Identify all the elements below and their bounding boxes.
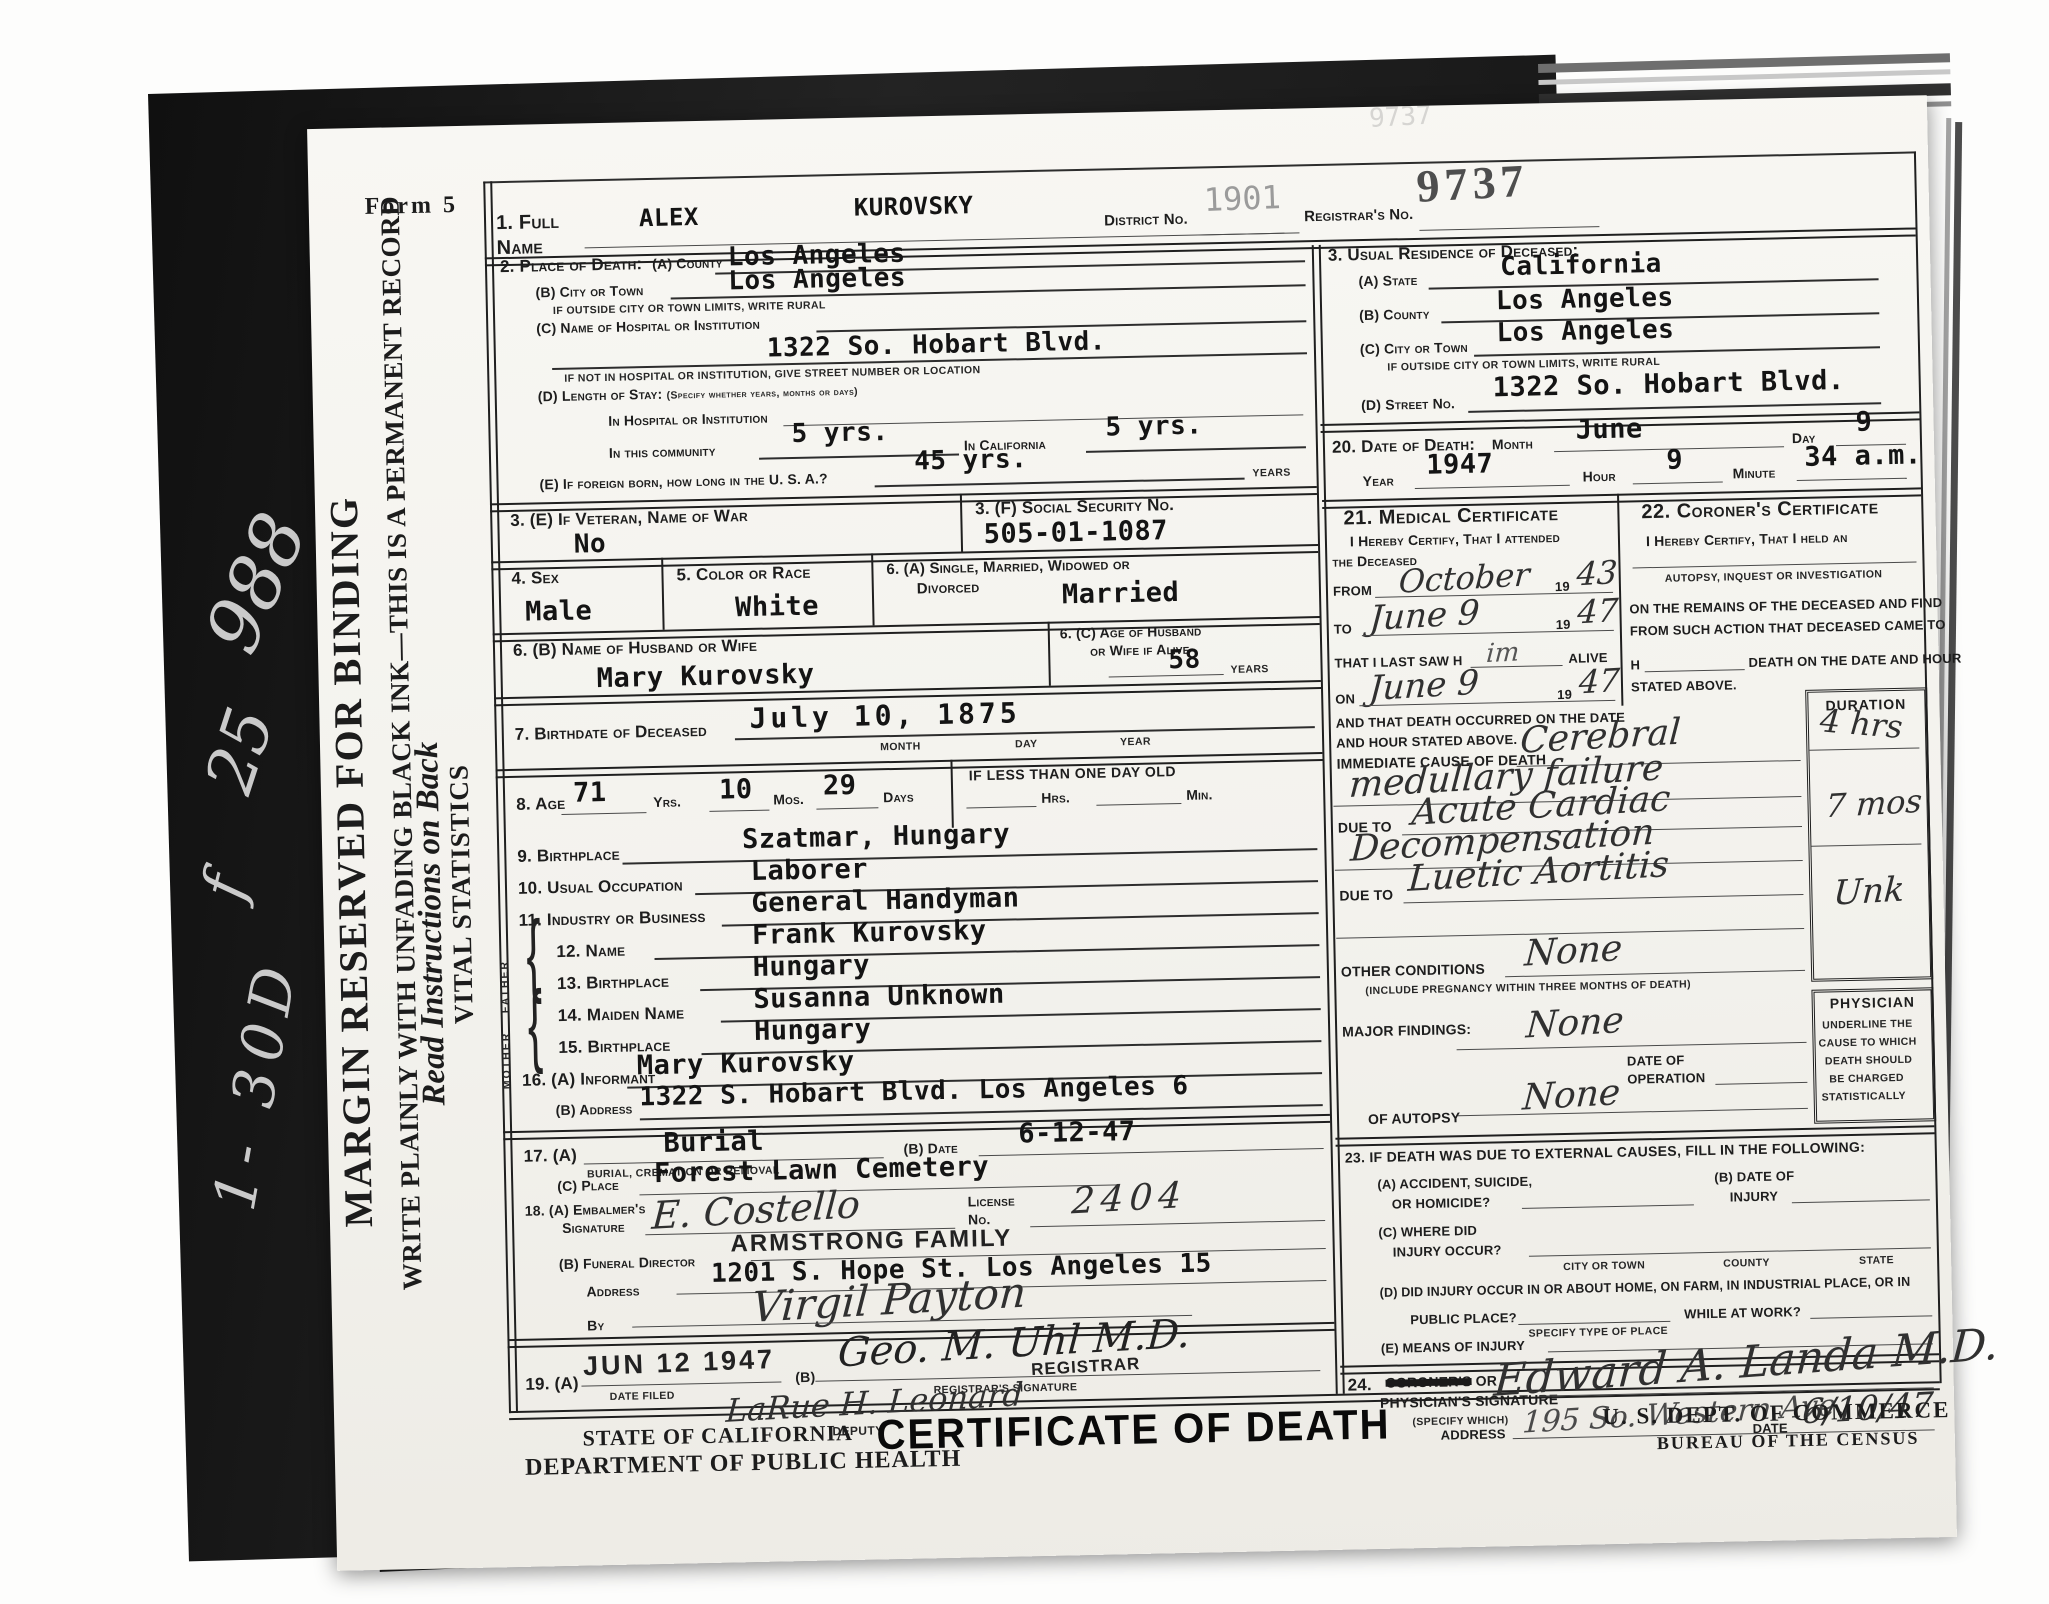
med-to-19: 19 [1556,617,1571,632]
veteran-label: 3. (E) If Veteran, Name of War [510,506,748,531]
mother-birthplace-value: Hungary [754,1014,872,1047]
residence-county-label: (B) County [1359,306,1430,323]
ext-county-caption: COUNTY [1723,1257,1770,1270]
spouse-label: 6. (B) Name of Husband or Wife [513,636,757,661]
coroner-h-word: H [1630,657,1640,672]
of-autopsy-label: OF AUTOPSY [1368,1109,1461,1127]
district-no-label: District No. [1104,211,1188,230]
full-name-label: 1. Full Name [496,209,607,261]
full-name-last-value: KUROVSKY [854,191,974,221]
ext-d-specify-caption: SPECIFY TYPE OF PLACE [1528,1325,1668,1340]
spouse-age-value: 58 [1168,645,1201,676]
informant-address-label: (B) Address [556,1101,633,1119]
certificate-page: Form 5 MARGIN RESERVED FOR BINDING WRITE… [307,95,1957,1571]
marital-label-line2: Divorced [917,579,980,597]
operations-value: None [1525,1000,1625,1047]
funeral-address-label: Address [586,1282,640,1299]
med-from-19: 19 [1555,579,1570,594]
med-tail-line2: AND HOUR STATED ABOVE. [1336,732,1517,751]
age-years-value: 71 [573,777,607,809]
sex-race-divider [661,558,665,630]
filed-b-label: (B) [795,1369,815,1385]
registrar-no-value: 9737 [1415,154,1530,213]
residence-street-line [1468,402,1881,413]
med-from-label: FROM [1333,583,1372,599]
dod-day-value: 9 [1855,406,1872,437]
ext-d-public-place: PUBLIC PLACE? [1410,1310,1517,1327]
med-on-19: 19 [1557,687,1572,702]
embalmer-label1: 18. (A) Embalmer's [525,1200,646,1219]
ext-d-while-at-work: WHILE AT WORK? [1684,1304,1801,1321]
filed-line [581,1381,781,1386]
place-of-death-label: 2. Place of Death: (A) County [500,252,723,277]
pod-city-label: (B) City or Town [535,282,643,300]
dod-minute-line [1797,478,1907,481]
pod-rural-note: IF OUTSIDE CITY OR TOWN LIMITS, WRITE RU… [553,299,826,317]
physician-box-line4: BE CHARGED [1829,1072,1904,1086]
ext-a-line [1522,1204,1694,1209]
date-of-operation-line [1715,1082,1807,1085]
med-to-label: TO [1334,621,1353,636]
race-value: White [735,591,819,624]
age-days-word: Days [883,789,914,806]
pod-hospital-label: (C) Name of Hospital or Institution [536,316,760,337]
stay-california-value: 5 yrs. [1105,410,1203,442]
father-birthplace-label: 13. Birthplace [557,972,670,994]
spouse-age-years-word: YEARS [1230,663,1268,676]
registrar-no-underline [1419,226,1599,231]
age-mos-word: Mos. [773,791,804,808]
coroner-h-line [1645,669,1745,672]
operations-line [1457,1042,1807,1050]
ghost-registrar-number: 9737 [1368,100,1432,133]
infant-note: IF LESS THAN ONE DAY OLD [969,763,1177,783]
margin-vital-statistics-text: VITAL STATISTICS [443,764,479,1024]
mother-brace: { [527,973,544,1078]
ext-b-label2: INJURY [1730,1189,1779,1205]
ext-d-label: (D) DID INJURY OCCUR IN OR ABOUT HOME, O… [1380,1274,1911,1300]
duration-value-1: 4 hrs [1818,701,1904,746]
district-no-underline [1199,232,1299,235]
med-lastsaw-value: im [1485,637,1520,669]
margin-binding-text: MARGIN RESERVED FOR BINDING [320,495,382,1227]
filed-label: 19. (A) [525,1374,579,1395]
dod-month-value: June [1575,413,1643,445]
license-label1: License [968,1193,1016,1210]
ext-city-caption: CITY OR TOWN [1563,1259,1645,1273]
industry-label: 11. Industry or Business [518,907,705,931]
residence-city-value: Los Angeles [1496,315,1674,349]
disposition-date-line [979,1148,1324,1156]
other-conditions-label: OTHER CONDITIONS [1341,961,1485,980]
pod-stay-label: (D) Length of Stay: (Specify whether yea… [538,382,859,405]
ext-a-label2: OR HOMICIDE? [1392,1195,1491,1212]
physician-box-title: PHYSICIAN [1830,994,1916,1012]
disposition-date-value: 6-12-47 [1018,1116,1136,1149]
father-name-label: 12. Name [556,941,625,962]
residence-state-value: California [1500,249,1662,282]
embalmer-label2: Signature [562,1219,625,1236]
father-birthplace-value: Hungary [752,950,870,983]
dod-hour-value: 9 [1666,444,1683,475]
spouse-age-label1: 6. (C) Age of Husband [1060,623,1202,642]
dod-year-value: 1947 [1426,448,1494,480]
med-on-year: 47 [1578,661,1621,701]
sig24-address-label: ADDRESS [1441,1426,1506,1442]
major-findings-label1: MAJOR FINDINGS: [1342,1021,1471,1040]
disposition-value: Burial [663,1126,764,1159]
birthplace-label: 9. Birthplace [517,845,620,867]
foreign-born-label: (E) If foreign born, how long in the U. … [539,470,828,492]
coroner-remains-line2: FROM SUCH ACTION THAT DECEASED CAME TO [1630,617,1946,639]
disposition-place-label: (C) Place [557,1177,619,1194]
age-yrs-word: Yrs. [653,793,681,810]
pod-city-value: Los Angeles [728,263,906,297]
license-number: 2404 [1070,1175,1188,1223]
medical-certificate-title: 21. Medical Certificate [1343,503,1558,530]
stay-community-label: In this community [609,443,716,461]
sig24-coroner-or: CORONER'S OR [1385,1372,1497,1390]
ext-e-label: (E) MEANS OF INJURY [1381,1338,1525,1356]
scanned-photo: { "m":{"form":"Form 5","binding":"MARGIN… [0,0,2049,1604]
spouse-age-divider [1048,622,1051,686]
ext-a-label1: (A) ACCIDENT, SUICIDE, [1377,1174,1532,1192]
birthdate-value: July 10, 1875 [749,696,1021,735]
mother-side-label: MOTHER [500,1032,513,1090]
residence-city-line [1474,346,1880,357]
age-months-value: 10 [719,774,753,806]
stay-community-value: 5 yrs. [791,417,889,449]
race-label: 5. Color or Race [676,563,810,586]
foreign-years-word: YEARS [1252,467,1290,480]
by-label: By [587,1317,605,1333]
stay-california-line [1086,446,1306,453]
other-conditions-caption: (INCLUDE PREGNANCY WITHIN THREE MONTHS O… [1365,978,1691,997]
full-name-first-value: ALEX [639,203,699,232]
ext-c-label1: (C) WHERE DID [1378,1223,1477,1240]
sig24-number: 24. [1347,1375,1372,1396]
birthplace-line [623,848,1318,865]
rule-below-birthdate [496,752,1323,778]
certificate-of-death-title: CERTIFICATE OF DEATH [876,1402,1391,1460]
ext-b-label1: (B) DATE OF [1714,1168,1794,1185]
stay-hospital-label: In Hospital or Institution [608,410,768,429]
occupation-value: Laborer [750,854,868,887]
foreign-born-value: 45 yrs. [914,444,1028,476]
med-to-year: 47 [1576,591,1619,631]
age-days-value: 29 [823,770,857,802]
physician-box-line1: UNDERLINE THE [1822,1018,1913,1032]
age-years-line [561,812,646,815]
date-filed-caption: DATE FILED [610,1390,675,1403]
residence-county-value: Los Angeles [1496,283,1674,317]
informant-value: Mary Kurovsky [636,1046,854,1082]
physician-box-line5: STATISTICALLY [1822,1090,1907,1104]
age-days-line [816,807,878,809]
form-top-border [483,151,1916,183]
coroner-death-line: DEATH ON THE DATE AND HOUR [1748,651,1961,670]
father-name-value: Frank Kurovsky [752,915,987,951]
birthplace-value: Szatmar, Hungary [742,819,1011,856]
coroner-certificate-title: 22. Coroner's Certificate [1641,496,1879,524]
coroner-stated-above: STATED ABOVE. [1631,677,1737,694]
spouse-value: Mary Kurovsky [596,659,814,695]
industry-value: General Handyman [751,882,1020,919]
ssn-value: 505-01-1087 [983,515,1168,550]
birthdate-label: 7. Birthdate of Deceased [515,721,708,745]
mother-maiden-label: 14. Maiden Name [557,1003,684,1026]
residence-street-value: 1322 So. Hobart Blvd. [1492,365,1844,403]
due-to-2-label: DUE TO [1339,887,1393,904]
autopsy-line [1458,1108,1808,1116]
duration-value-2: 7 mos [1824,782,1923,826]
race-marital-divider [871,553,875,625]
disposition-label: 17. (A) [523,1146,577,1167]
residence-street-label: (D) Street No. [1361,395,1455,413]
infant-min-word: Min. [1186,786,1213,803]
state-of-california: STATE OF CALIFORNIA [582,1420,853,1452]
district-no-value: 1901 [1203,178,1281,219]
occupation-label: 10. Usual Occupation [518,875,683,898]
infant-hrs-line [966,806,1036,808]
rule-below-informant [503,1114,1330,1140]
med-on-label: ON [1335,691,1355,706]
registrar-no-label: Registrar's No. [1304,206,1414,225]
dod-hour-line [1633,482,1723,485]
bureau-of-the-census: BUREAU OF THE CENSUS [1657,1428,1920,1454]
age-months-line [709,810,769,812]
dod-hour-label: Hour [1582,468,1615,485]
birthdate-month-word: MONTH [880,740,921,753]
spouse-age-line [1109,674,1224,677]
dod-year-line [1415,485,1570,489]
duration-value-3: Unk [1832,869,1906,913]
med-certify-line1: I Hereby Certify, That I attended [1350,529,1560,549]
dod-year-label: Year [1363,472,1395,489]
date-of-operation-label2: OPERATION [1627,1070,1705,1087]
ext-b-line [1792,1199,1930,1203]
funeral-director-label: (B) Funeral Director [559,1253,696,1272]
veteran-value: No [574,529,607,560]
other-conditions-value: None [1523,928,1623,975]
infant-hrs-word: Hrs. [1041,789,1070,806]
sex-value: Male [525,595,593,627]
infant-min-line [1096,803,1181,806]
age-label: 8. Age [516,794,566,815]
coroner-remains-line1: ON THE REMAINS OF THE DECEASED AND FIND [1629,595,1942,617]
coroner-autopsy-caption: AUTOPSY, INQUEST OR INVESTIGATION [1665,568,1883,585]
ext-state-caption: STATE [1859,1254,1894,1267]
med-from-year: 43 [1575,553,1618,593]
father-side-label: FATHER [499,960,512,1013]
dod-month-label: Month [1492,436,1533,453]
residence-city-label: (C) City or Town [1360,339,1468,357]
marital-value: Married [1062,577,1180,610]
date-of-operation-label1: DATE OF [1627,1052,1685,1068]
ext-d-work-line [1810,1315,1932,1319]
form-left-border [483,181,518,1413]
birthdate-day-word: DAY [1015,738,1038,750]
birthdate-year-word: YEAR [1120,736,1151,749]
coroner-certify-line: I Hereby Certify, That I held an [1646,529,1848,549]
mother-maiden-value: Susanna Unknown [753,979,1005,1015]
age-infant-divider [950,760,953,828]
physician-box-line2: CAUSE TO WHICH [1818,1036,1916,1050]
date-filed-stamp: JUN 12 1947 [582,1344,775,1382]
dod-minute-label: Minute [1732,464,1775,481]
sex-label: 4. Sex [511,568,559,589]
foreign-born-line [875,478,1245,488]
residence-state-label: (A) State [1358,272,1417,289]
physician-box-line3: DEATH SHOULD [1825,1054,1913,1068]
ext-c-label2: INJURY OCCUR? [1393,1242,1502,1259]
dod-minute-value: 34 a.m. [1804,439,1922,472]
